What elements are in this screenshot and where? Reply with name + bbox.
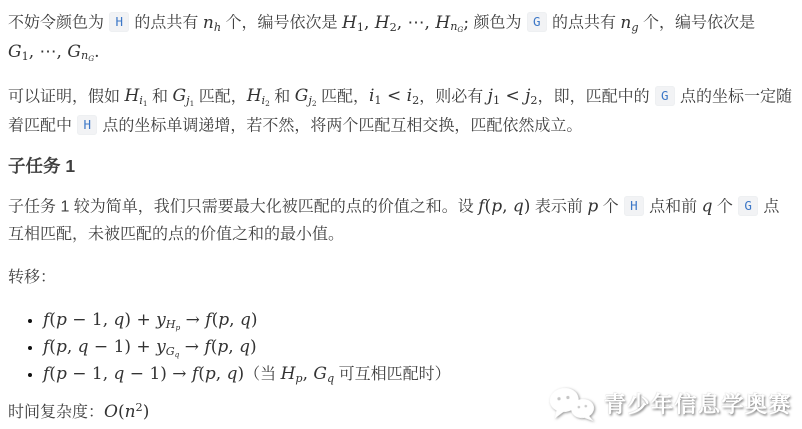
math-expression: ng (620, 13, 638, 33)
math-expression: G1, ⋯, GnG. (8, 42, 100, 62)
inline-code-badge: G (655, 86, 675, 106)
math-expression: Gj1 (172, 86, 194, 106)
text-run: 个，编号依次是 (639, 15, 755, 32)
text-run: 可互相匹配时） (334, 366, 450, 383)
inline-code-badge: H (109, 12, 129, 32)
math-expression: f(p − 1, q − 1) → f(p, q) (43, 364, 244, 384)
text-run: 点的坐标单调递增，若不然，将两个匹配互相交换，匹配依然成立。 (98, 118, 582, 135)
list-item-transition-3: f(p − 1, q − 1) → f(p, q)（当 Hp, Gq 可互相匹配… (43, 361, 792, 388)
math-expression: Hi2 (247, 86, 270, 106)
text-run: 个，编号依次是 (221, 15, 342, 32)
text-run: 个 (712, 198, 737, 215)
math-expression: O(n2) (104, 402, 149, 422)
math-expression: p (587, 196, 598, 216)
inline-code-badge: H (624, 196, 644, 216)
inline-code-badge: G (527, 12, 547, 32)
text-run: 匹配， (194, 88, 246, 105)
heading-subtask-1: 子任务 1 (8, 156, 792, 177)
paragraph-color-definitions: 不妨令颜色为 H 的点共有 nh 个，编号依次是 H1, H2, ⋯, HnG;… (8, 8, 792, 67)
math-expression: f(p − 1, q) + yHp → f(p, q) (43, 310, 257, 330)
list-item-transition-1: f(p − 1, q) + yHp → f(p, q) (43, 307, 792, 334)
text-run: 不妨令颜色为 (8, 15, 108, 32)
math-expression: Hi1 (124, 86, 147, 106)
text-run: 个 (598, 198, 623, 215)
paragraph-subtask1-dp-definition: 子任务 1 较为简单，我们只需要最大化被匹配的点的价值之和。设 f(p, q) … (8, 192, 792, 250)
inline-code-badge: G (738, 196, 758, 216)
math-expression: f(p, q − 1) + yGq → f(p, q) (43, 337, 257, 357)
text-run: 和 (148, 88, 173, 105)
math-expression: nh (203, 13, 221, 33)
text-run: 的点共有 (548, 15, 621, 32)
math-expression: H1, H2, ⋯, HnG; (342, 13, 469, 33)
text-run: 时间复杂度： (8, 404, 104, 421)
text-run: ，即，匹配中的 (538, 88, 654, 105)
watermark-label: 青少年信息学奥赛 (604, 391, 792, 419)
document-page: 不妨令颜色为 H 的点共有 nh 个，编号依次是 H1, H2, ⋯, HnG;… (0, 0, 802, 427)
math-expression: q (702, 196, 713, 216)
paragraph-monotonicity-proof: 可以证明，假如 Hi1 和 Gj1 匹配，Hi2 和 Gj2 匹配，i1 < i… (8, 82, 792, 141)
wechat-chat-bubbles-icon (546, 382, 597, 428)
text-run: ，则必有 (419, 88, 487, 105)
text-run: 颜色为 (469, 15, 526, 32)
text-run: 点和前 (645, 198, 702, 215)
text-run: 子任务 1 较为简单，我们只需要最大化被匹配的点的价值之和。设 (8, 198, 478, 215)
text-run: （当 (244, 366, 280, 383)
math-expression: j1 < j2 (488, 86, 538, 106)
math-expression: i1 < i2 (369, 86, 419, 106)
text-run: 匹配， (317, 88, 369, 105)
list-item-transition-2: f(p, q − 1) + yGq → f(p, q) (43, 334, 792, 361)
watermark: 青少年信息学奥赛 (549, 385, 792, 425)
text-run: 的点共有 (130, 15, 203, 32)
inline-code-badge: H (77, 115, 97, 135)
text-run: 和 (270, 88, 295, 105)
math-expression: Gj2 (295, 86, 317, 106)
text-run: 转移： (8, 269, 56, 286)
text-run: 可以证明，假如 (8, 88, 124, 105)
text-run: 表示前 (530, 198, 587, 215)
math-expression: f(p, q) (478, 196, 530, 216)
paragraph-transition-label: 转移： (8, 264, 792, 292)
transition-list: f(p − 1, q) + yHp → f(p, q) f(p, q − 1) … (8, 307, 792, 388)
math-expression: Hp, Gq (281, 364, 335, 384)
